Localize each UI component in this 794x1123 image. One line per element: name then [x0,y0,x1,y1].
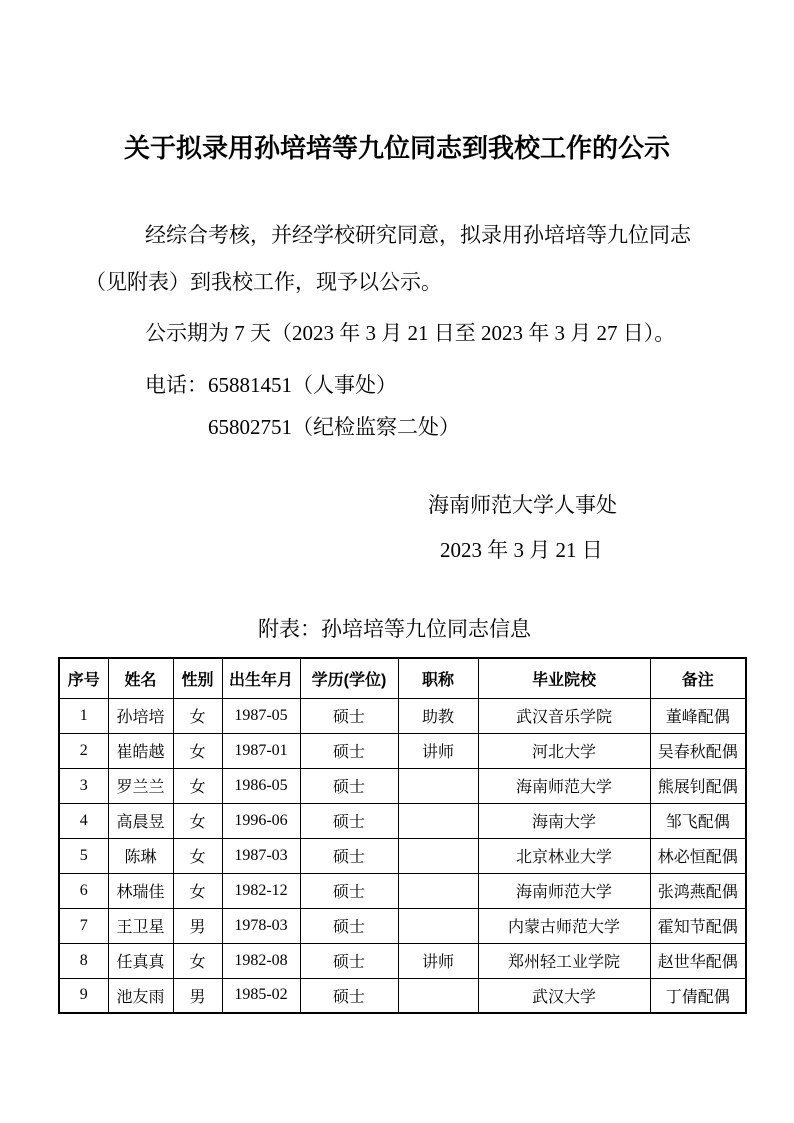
paragraph-2-publicity-period: 公示期为 7 天（2023 年 3 月 21 日至 2023 年 3 月 27 … [145,320,675,346]
table-cell: 邹飞配偶 [650,803,746,838]
table-cell: 1 [59,698,108,733]
header-cell-note: 备注 [650,658,746,698]
table-cell: 1982-12 [222,873,300,908]
table-cell: 硕士 [300,698,398,733]
table-cell: 高晨昱 [108,803,173,838]
table-cell: 女 [173,698,222,733]
table-row: 3罗兰兰女1986-05硕士海南师范大学熊展钊配偶 [59,768,746,803]
paragraph-1-line-1: 经综合考核，并经学校研究同意，拟录用孙培培等九位同志 [145,222,691,248]
table-cell: 3 [59,768,108,803]
table-cell [398,838,478,873]
table-cell: 1987-05 [222,698,300,733]
table-cell: 5 [59,838,108,873]
table-cell: 女 [173,803,222,838]
table-cell: 讲师 [398,733,478,768]
header-cell-birth: 出生年月 [222,658,300,698]
table-cell: 武汉大学 [478,978,650,1013]
table-cell: 男 [173,908,222,943]
table-cell: 1978-03 [222,908,300,943]
table-row: 5陈琳女1987-03硕士北京林业大学林必恒配偶 [59,838,746,873]
table-cell: 吴春秋配偶 [650,733,746,768]
phone-line-hr-office: 电话：65881451（人事处） [145,372,397,398]
table-cell: 8 [59,943,108,978]
table-row: 8任真真女1982-08硕士讲师郑州轻工业学院赵世华配偶 [59,943,746,978]
table-cell: 河北大学 [478,733,650,768]
header-cell-gender: 性别 [173,658,222,698]
document-title: 关于拟录用孙培培等九位同志到我校工作的公示 [0,128,794,168]
personnel-table: 序号 姓名 性别 出生年月 学历(学位) 职称 毕业院校 备注 1孙培培女198… [58,657,747,1014]
table-cell: 海南师范大学 [478,768,650,803]
table-cell [398,803,478,838]
table-row: 6林瑞佳女1982-12硕士海南师范大学张鸿燕配偶 [59,873,746,908]
table-cell: 硕士 [300,978,398,1013]
table-row: 4高晨昱女1996-06硕士海南大学邹飞配偶 [59,803,746,838]
table-cell: 郑州轻工业学院 [478,943,650,978]
table-row: 7王卫星男1978-03硕士内蒙古师范大学霍知节配偶 [59,908,746,943]
table-cell: 任真真 [108,943,173,978]
table-cell [398,978,478,1013]
table-header-row: 序号 姓名 性别 出生年月 学历(学位) 职称 毕业院校 备注 [59,658,746,698]
table-cell: 1987-01 [222,733,300,768]
table-cell: 硕士 [300,873,398,908]
table-cell: 1986-05 [222,768,300,803]
header-cell-title: 职称 [398,658,478,698]
table-cell: 女 [173,733,222,768]
table-cell: 硕士 [300,803,398,838]
table-header: 序号 姓名 性别 出生年月 学历(学位) 职称 毕业院校 备注 [59,658,746,698]
table-cell: 硕士 [300,768,398,803]
table-cell: 崔皓越 [108,733,173,768]
header-cell-degree: 学历(学位) [300,658,398,698]
table-cell: 7 [59,908,108,943]
table-cell: 北京林业大学 [478,838,650,873]
table-cell: 4 [59,803,108,838]
table-cell: 海南师范大学 [478,873,650,908]
table-cell: 王卫星 [108,908,173,943]
table-cell: 1996-06 [222,803,300,838]
table-cell: 硕士 [300,908,398,943]
table-cell [398,908,478,943]
header-cell-name: 姓名 [108,658,173,698]
table-cell: 讲师 [398,943,478,978]
table-cell: 霍知节配偶 [650,908,746,943]
table-cell: 女 [173,873,222,908]
table-row: 1孙培培女1987-05硕士助教武汉音乐学院董峰配偶 [59,698,746,733]
table-cell: 女 [173,943,222,978]
table-cell: 1985-02 [222,978,300,1013]
signature-date: 2023 年 3 月 21 日 [440,537,603,563]
table-cell: 6 [59,873,108,908]
table-cell: 丁倩配偶 [650,978,746,1013]
personnel-table-body: 1孙培培女1987-05硕士助教武汉音乐学院董峰配偶2崔皓越女1987-01硕士… [59,698,746,1013]
table-cell: 孙培培 [108,698,173,733]
paragraph-1-line-2: （见附表）到我校工作，现予以公示。 [85,269,442,295]
table-cell: 硕士 [300,943,398,978]
table-cell: 1987-03 [222,838,300,873]
table-cell: 男 [173,978,222,1013]
table-cell: 林瑞佳 [108,873,173,908]
table-cell: 武汉音乐学院 [478,698,650,733]
table-cell: 陈琳 [108,838,173,873]
table-cell: 内蒙古师范大学 [478,908,650,943]
table-cell: 女 [173,838,222,873]
table-cell: 海南大学 [478,803,650,838]
table-cell [398,768,478,803]
table-cell: 张鸿燕配偶 [650,873,746,908]
table-cell: 林必恒配偶 [650,838,746,873]
table-row: 2崔皓越女1987-01硕士讲师河北大学吴春秋配偶 [59,733,746,768]
phone-line-discipline-office: 65802751（纪检监察二处） [208,414,460,440]
table-cell: 硕士 [300,838,398,873]
table-cell: 助教 [398,698,478,733]
table-caption: 附表：孙培培等九位同志信息 [258,616,531,642]
table-cell: 1982-08 [222,943,300,978]
table-cell: 女 [173,768,222,803]
table-cell: 罗兰兰 [108,768,173,803]
signature-department: 海南师范大学人事处 [428,492,617,518]
table-cell: 池友雨 [108,978,173,1013]
header-cell-no: 序号 [59,658,108,698]
table-cell: 赵世华配偶 [650,943,746,978]
header-cell-school: 毕业院校 [478,658,650,698]
table-cell: 2 [59,733,108,768]
table-cell: 熊展钊配偶 [650,768,746,803]
document-page: 关于拟录用孙培培等九位同志到我校工作的公示 经综合考核，并经学校研究同意，拟录用… [0,0,794,1123]
table-cell: 硕士 [300,733,398,768]
table-cell: 董峰配偶 [650,698,746,733]
table-cell: 9 [59,978,108,1013]
table-row: 9池友雨男1985-02硕士武汉大学丁倩配偶 [59,978,746,1013]
table-cell [398,873,478,908]
